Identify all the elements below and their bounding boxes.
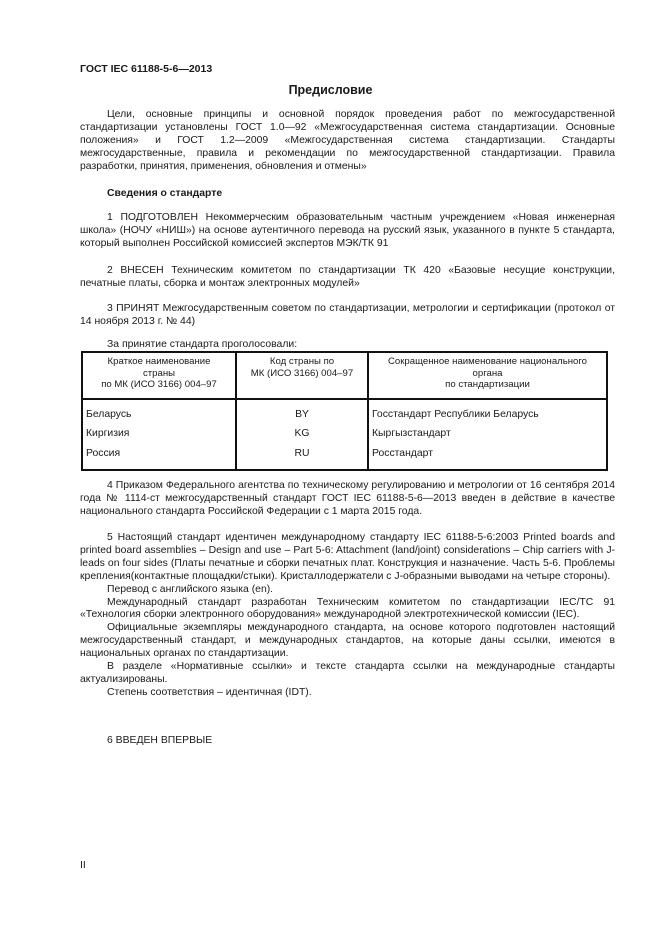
- intro-paragraph: Цели, основные принципы и основной поряд…: [80, 109, 615, 174]
- item-5-text: 5 Настоящий стандарт идентичен междунаро…: [80, 532, 615, 584]
- page-number: II: [80, 859, 86, 871]
- item-3-text: 3 ПРИНЯТ Межгосударственным советом по с…: [80, 303, 615, 329]
- national-body: Кыргызстандарт: [368, 424, 607, 443]
- item-5-developer: Международный стандарт разработан Технич…: [80, 597, 615, 623]
- country-name: Киргизия: [82, 424, 236, 443]
- header-line: страны: [87, 368, 231, 380]
- country-code: BY: [236, 399, 368, 424]
- item-1: 1 ПОДГОТОВЛЕН Некоммерческим образовател…: [80, 212, 615, 251]
- section-heading: Сведения о стандарте: [107, 188, 222, 199]
- voting-table: Краткое наименование страны по МК (ИСО 3…: [81, 351, 608, 471]
- table-header-row: Краткое наименование страны по МК (ИСО 3…: [82, 352, 607, 399]
- header-line: МК (ИСО 3166) 004–97: [241, 368, 363, 380]
- item-5: 5 Настоящий стандарт идентичен междунаро…: [80, 532, 615, 700]
- item-3: 3 ПРИНЯТ Межгосударственным советом по с…: [80, 303, 615, 329]
- table-row: Киргизия KG Кыргызстандарт: [82, 424, 607, 443]
- national-body: Росстандарт: [368, 444, 607, 470]
- table-row: Беларусь BY Госстандарт Республики Белар…: [82, 399, 607, 424]
- country-name: Беларусь: [82, 399, 236, 424]
- intro-text: Цели, основные принципы и основной поряд…: [80, 109, 615, 174]
- table-row: Россия RU Росстандарт: [82, 444, 607, 470]
- page-title: Предисловие: [0, 83, 661, 97]
- country-code: RU: [236, 444, 368, 470]
- item-2-text: 2 ВНЕСЕН Техническим комитетом по станда…: [80, 265, 615, 291]
- header-national-body: Сокращенное наименование национального о…: [368, 352, 607, 399]
- item-1-text: 1 ПОДГОТОВЛЕН Некоммерческим образовател…: [80, 212, 615, 251]
- item-4: 4 Приказом Федерального агентства по тех…: [80, 480, 615, 519]
- header-country-code: Код страны по МК (ИСО 3166) 004–97: [236, 352, 368, 399]
- header-line: по стандартизации: [373, 379, 602, 391]
- item-5-references: В разделе «Нормативные ссылки» и тексте …: [80, 661, 615, 687]
- country-name: Россия: [82, 444, 236, 470]
- document-code: ГОСТ IEC 61188-5-6—2013: [80, 63, 212, 75]
- item-5-copies: Официальные экземпляры международного ст…: [80, 622, 615, 661]
- item-6-text: 6 ВВЕДЕН ВПЕРВЫЕ: [80, 735, 615, 748]
- item-6: 6 ВВЕДЕН ВПЕРВЫЕ: [80, 735, 615, 748]
- header-line: Краткое наименование: [87, 356, 231, 368]
- vote-label: За принятие стандарта проголосовали:: [107, 339, 297, 350]
- header-line: Сокращенное наименование национального о…: [373, 356, 602, 379]
- item-2: 2 ВНЕСЕН Техническим комитетом по станда…: [80, 265, 615, 291]
- item-5-conformity: Степень соответствия – идентичная (IDT).: [80, 687, 615, 700]
- country-code: KG: [236, 424, 368, 443]
- header-country-name: Краткое наименование страны по МК (ИСО 3…: [82, 352, 236, 399]
- header-line: Код страны по: [241, 356, 363, 368]
- item-5-translation: Перевод с английского языка (en).: [80, 584, 615, 597]
- item-4-text: 4 Приказом Федерального агентства по тех…: [80, 480, 615, 519]
- header-line: по МК (ИСО 3166) 004–97: [87, 379, 231, 391]
- national-body: Госстандарт Республики Беларусь: [368, 399, 607, 424]
